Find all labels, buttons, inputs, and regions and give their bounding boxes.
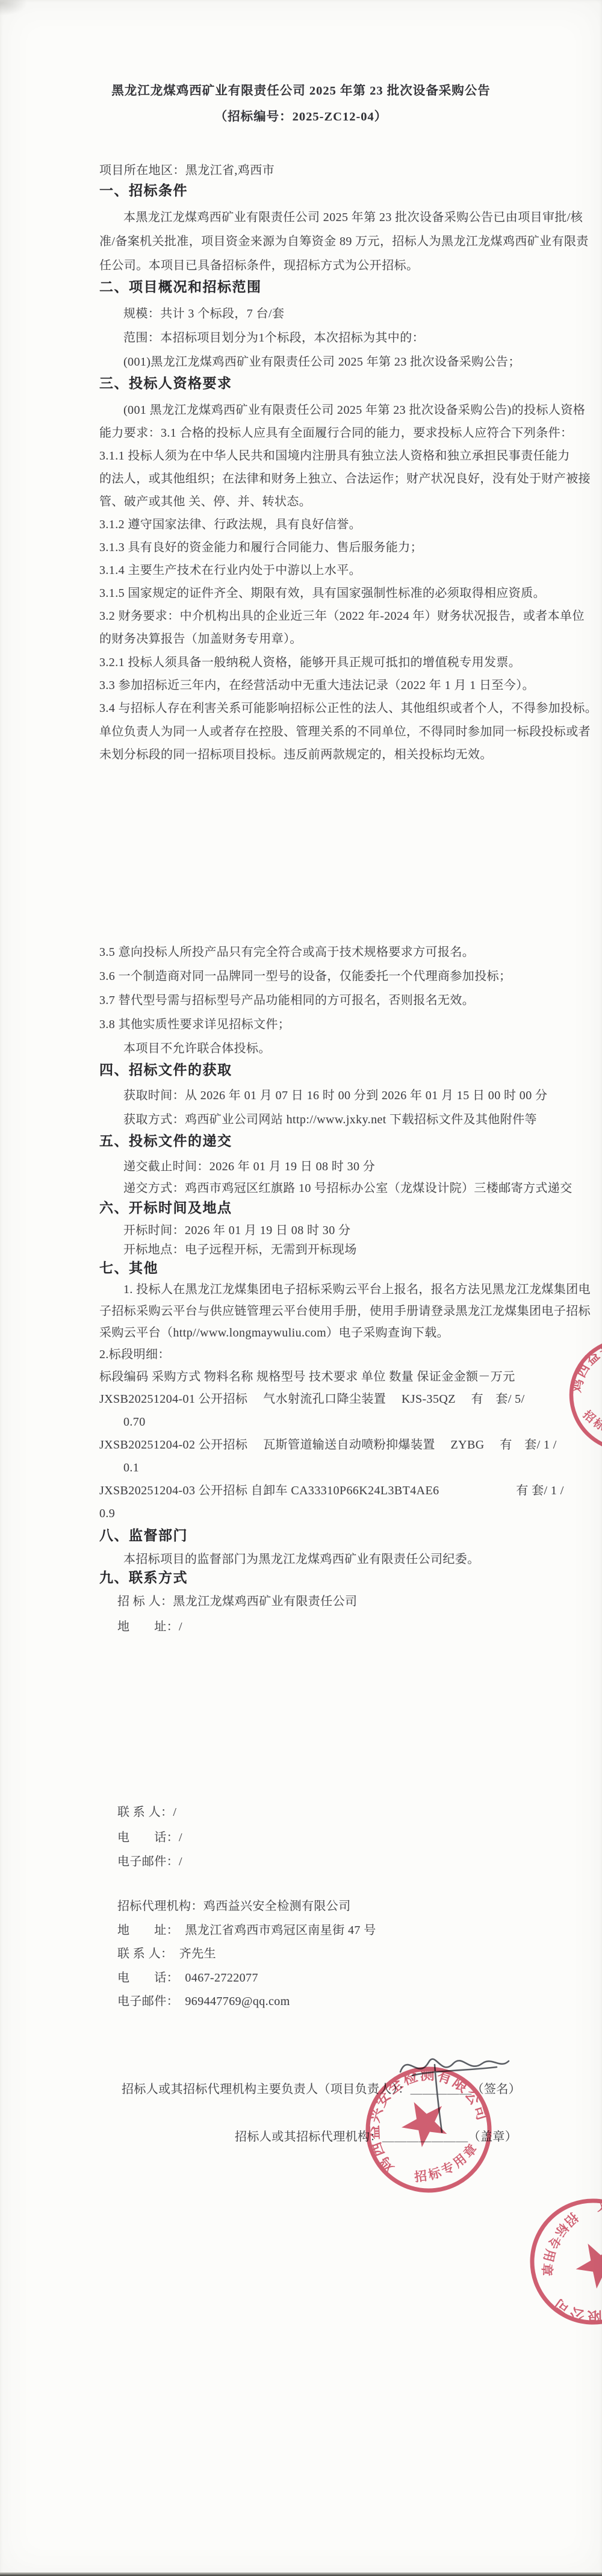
lot-table-header: 标段编码 采购方式 物料名称 规格型号 技术要求 单位 数量 保证金金额－万元 bbox=[99, 1369, 515, 1385]
text-line: 能力要求：3.1 合格的投标人应具有全面履行合同的能力，要求投标人应符合下列条件… bbox=[99, 425, 573, 441]
section-1-heading: 一、招标条件 bbox=[99, 182, 188, 198]
section-3-heading: 三、投标人资格要求 bbox=[99, 375, 232, 391]
lot-row-2: JXSB20251204-02 公开招标 瓦斯管道输送自动喷粉抑爆装置 ZYBG… bbox=[99, 1437, 557, 1453]
section-6-heading: 六、开标时间及地点 bbox=[99, 1200, 232, 1215]
text-line: 3.4 与招标人存在利害关系可能影响招标公正性的法人、其他组织或者个人，不得参加… bbox=[99, 700, 597, 716]
agency-line: 招标代理机构：鸡西益兴安全检测有限公司 bbox=[117, 1898, 351, 1914]
text-line: 开标时间：2026 年 01 月 19 日 08 时 30 分 bbox=[123, 1223, 350, 1238]
page-bottom-edge bbox=[0, 2572, 602, 2576]
agency-contact-line: 联 系 人： 齐先生 bbox=[117, 1946, 216, 1962]
agency-round-seal-partial-bottom: 鸡西益兴安全检测有限公司 招标专用章 bbox=[528, 2197, 602, 2327]
agency-email-line: 电子邮件： 969447769@qq.com bbox=[117, 1994, 290, 2009]
text-line: 3.1.3 具有良好的资金能力和履行合同能力、售后服务能力； bbox=[99, 540, 423, 555]
text-line: 管、破产或其他 关、停、并、转状态。 bbox=[99, 494, 311, 510]
text-line: (001)黑龙江龙煤鸡西矿业有限责任公司 2025 年第 23 批次设备采购公告… bbox=[123, 354, 521, 370]
text-line: 规模：共计 3 个标段，7 台/套 bbox=[123, 306, 284, 322]
text-line: 3.1.4 主要生产技术在行业内处于中游以上水平。 bbox=[99, 563, 361, 578]
lot-row-2-deposit: 0.1 bbox=[123, 1460, 139, 1476]
text-line: 采购云平台（http//www.longmaywuliu.com）电子采购查询下… bbox=[99, 1325, 449, 1341]
tenderer-contact-line: 联 系 人：/ bbox=[117, 1804, 176, 1820]
scanned-document-page: 黑龙江龙煤鸡西矿业有限责任公司 2025 年第 23 批次设备采购公告 （招标编… bbox=[0, 0, 602, 2576]
text-line: 子招标采购云平台与供应链管理云平台使用手册，使用手册请登录黑龙江龙煤集团电子招标 bbox=[99, 1303, 591, 1319]
text-line: 获取时间：从 2026 年 01 月 07 日 16 时 00 分到 2026 … bbox=[123, 1088, 547, 1103]
text-line: 未划分标段的同一招标项目投标。违反前两款规定的，相关投标均无效。 bbox=[99, 747, 492, 763]
text-line: 3.2.1 投标人须具备一般纳税人资格，能够开具正规可抵扣的增值税专用发票。 bbox=[99, 655, 521, 670]
text-line: 获取方式：鸡西矿业公司网站 http://www.jxky.net 下载招标文件… bbox=[123, 1112, 537, 1127]
star-icon bbox=[572, 2236, 602, 2295]
section-8-heading: 八、监督部门 bbox=[99, 1527, 188, 1543]
text-line: 3.7 替代型号需与招标型号产品功能相同的方可报名，否则报名无效。 bbox=[99, 993, 474, 1008]
tenderer-address-line: 地 址：/ bbox=[117, 1619, 182, 1635]
project-location-line: 项目所在地区：黑龙江省,鸡西市 bbox=[99, 163, 275, 178]
svg-text:招标专用章: 招标专用章 bbox=[409, 2138, 485, 2192]
doc-tender-number: （招标编号：2025-ZC12-04） bbox=[0, 109, 602, 125]
text-line: 2.标段明细： bbox=[99, 1347, 170, 1362]
seal-caption-arc-text: 招标专用章 bbox=[409, 2138, 485, 2192]
lot-row-3-deposit: 0.9 bbox=[99, 1506, 115, 1521]
text-line: 3.6 一个制造商对同一品牌同一型号的设备，仅能委托一个代理商参加投标； bbox=[99, 968, 511, 984]
text-line: 本黑龙江龙煤鸡西矿业有限责任公司 2025 年第 23 批次设备采购公告已由项目… bbox=[123, 210, 583, 225]
text-line: 3.5 意向投标人所投产品只有完全符合或高于技术规格要求方可报名。 bbox=[99, 944, 474, 960]
text-line: 递交方式：鸡西市鸡冠区红旗路 10 号招标办公室（龙煤设计院）三楼邮寄方式递交 bbox=[123, 1180, 573, 1196]
text-line: (001 黑龙江龙煤鸡西矿业有限责任公司 2025 年第 23 批次设备采购公告… bbox=[123, 402, 585, 418]
lot-row-1-deposit: 0.70 bbox=[123, 1414, 146, 1430]
text-line: 的法人，或其他组织；在法律和财务上独立、合法运作；财产状况良好，没有处于财产被接 bbox=[99, 471, 591, 487]
lot-row-1: JXSB20251204-01 公开招标 气水射流孔口降尘装置 KJS-35QZ… bbox=[99, 1391, 525, 1407]
agency-address-line: 地 址： 黑龙江省鸡西市鸡冠区南星街 47 号 bbox=[117, 1923, 376, 1938]
text-line: 3.8 其他实质性要求详见招标文件； bbox=[99, 1017, 290, 1032]
agency-round-seal-partial-middle: 鸡西益兴安全检测有限公司 招标专用章 bbox=[567, 1336, 602, 1454]
section-9-heading: 九、联系方式 bbox=[99, 1570, 188, 1585]
section-7-heading: 七、其他 bbox=[99, 1260, 158, 1276]
text-line: 任公司。本项目已具备招标条件，现招标方式为公开招标。 bbox=[99, 258, 418, 273]
agency-phone-line: 电 话： 0467-2722077 bbox=[117, 1970, 258, 1986]
doc-title: 黑龙江龙煤鸡西矿业有限责任公司 2025 年第 23 批次设备采购公告 bbox=[0, 83, 602, 99]
text-line: 3.2 财务要求：中介机构出具的企业近三年（2022 年-2024 年）财务状况… bbox=[99, 608, 585, 624]
text-line: 本招标项目的监督部门为黑龙江龙煤鸡西矿业有限责任公司纪委。 bbox=[123, 1552, 480, 1567]
text-line: 开标地点：电子远程开标，无需到开标现场 bbox=[123, 1242, 357, 1258]
section-5-heading: 五、投标文件的递交 bbox=[99, 1133, 232, 1149]
section-4-heading: 四、招标文件的获取 bbox=[99, 1062, 232, 1077]
tenderer-phone-line: 电 话：/ bbox=[117, 1830, 182, 1845]
text-line: 递交截止时间：2026 年 01 月 19 日 08 时 30 分 bbox=[123, 1159, 375, 1174]
text-line: 准/备案机关批准，项目资金来源为自筹资金 89 万元，招标人为黑龙江龙煤鸡西矿业… bbox=[99, 234, 589, 249]
text-line: 范围：本招标项目划分为1个标段，本次招标为其中的： bbox=[123, 330, 424, 346]
tenderer-email-line: 电子邮件：/ bbox=[117, 1854, 182, 1870]
svg-text:招标专用章: 招标专用章 bbox=[532, 2206, 583, 2283]
lot-row-3: JXSB20251204-03 公开招标 自卸车 CA33310P66K24L3… bbox=[99, 1483, 564, 1499]
tenderer-line: 招 标 人：黑龙江龙煤鸡西矿业有限责任公司 bbox=[117, 1594, 357, 1609]
scan-artifact bbox=[0, 0, 28, 16]
text-line: 3.1.2 遵守国家法律、行政法规，具有良好信誉。 bbox=[99, 517, 361, 532]
text-line: 3.3 参加招标近三年内，在经营活动中无重大违法记录（2022 年 1 月 1 … bbox=[99, 678, 535, 693]
section-2-heading: 二、项目概况和招标范围 bbox=[99, 279, 262, 295]
text-line: 1. 投标人在黑龙江龙煤集团电子招标采购云平台上报名，报名方法见黑龙江龙煤集团电 bbox=[123, 1282, 591, 1297]
text-line: 本项目不允许联合体投标。 bbox=[123, 1041, 271, 1056]
star-icon bbox=[394, 2091, 455, 2151]
text-line: 的财务决算报告（加盖财务专用章）。 bbox=[99, 631, 302, 647]
seal-caption-arc-text: 招标专用章 bbox=[532, 2206, 583, 2283]
text-line: 单位负责人为同一人或者存在控股、管理关系的不同单位，不得同时参加同一标段投标或者 bbox=[99, 724, 591, 740]
text-line: 3.1.1 投标人须为在中华人民共和国境内注册具有独立法人资格和独立承担民事责任… bbox=[99, 448, 570, 464]
text-line: 3.1.5 国家规定的证件齐全、期限有效，具有国家强制性标准的必须取得相应资质。 bbox=[99, 585, 545, 601]
agency-round-seal: 鸡西益兴安全检测有限公司 招标专用章 bbox=[364, 2065, 494, 2195]
